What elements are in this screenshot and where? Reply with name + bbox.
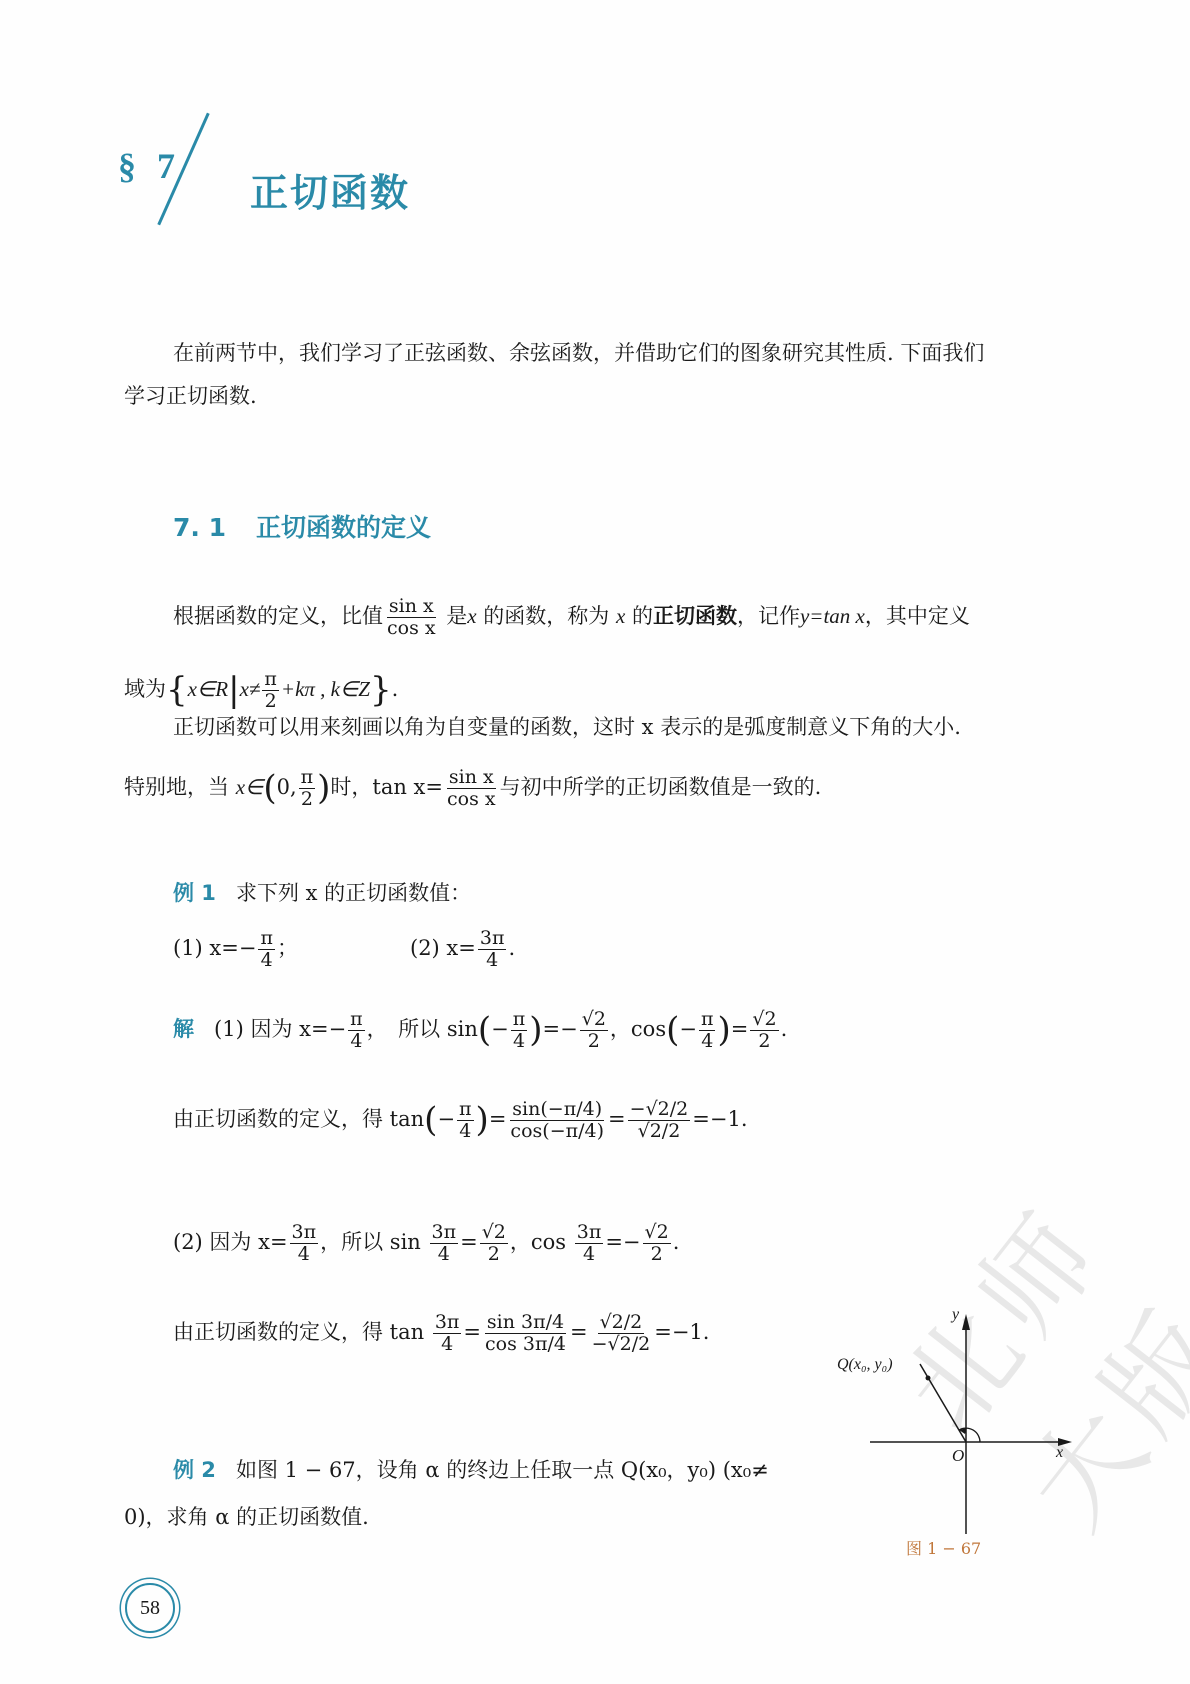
pi-over-4: π4 [699,1009,716,1052]
x-in: x∈ [236,775,264,799]
text: 时，tan x= [330,775,443,799]
numerator: √2/2 [598,1312,645,1334]
numerator: π [511,1009,528,1031]
paren-right: ) [476,1100,489,1140]
text: 4 [554,1333,566,1355]
point-q-label: Q(x₀, y₀) [837,1356,893,1374]
numerator: π [699,1009,716,1031]
definition-line-4: 特别地，当 x∈(0,π2)时，tan x=sin xcos x与初中所学的正切… [124,763,821,814]
denominator: 4 [259,950,275,971]
text: − [630,1098,646,1120]
solution-line-4: 由正切函数的定义，得 tan 3π4=sin 3π/4cos 3π/4=√2/2… [173,1312,709,1355]
paren-left: ( [424,1100,437,1140]
text: 2 [668,1120,680,1142]
domain-condition: x≠ [240,677,261,701]
numerator: sin 3π/4 [485,1312,566,1334]
numerator: √2 [480,1222,508,1244]
numerator: sin x [387,596,436,618]
example-1-item-2: (2) x=3π4. [410,928,515,971]
solution-label: 解 [173,1017,194,1041]
text: 的 [625,604,653,628]
text: ， 所以 sin [367,1017,478,1041]
denominator: cos x [445,789,498,810]
text: ，cos [610,1017,666,1041]
text: − [491,1017,509,1041]
text: . [508,936,515,960]
text: (1) 因为 x=− [214,1017,346,1041]
text: √2 [638,1120,662,1142]
example-2-line-1: 例 2 如图 1 − 67，设角 α 的终边上任取一点 Q(x₀，y₀) (x₀… [173,1455,769,1487]
numerator: π [258,928,275,950]
text: 的函数，称为 [477,604,616,628]
numerator: 3π [575,1222,604,1244]
text: π [564,1098,577,1120]
figure-coordinate-plane [820,1300,1080,1540]
text: sin [487,1311,515,1333]
sqrt2-over-2: √22 [643,1222,671,1265]
numerator: 3π [433,1312,462,1334]
text: cos [510,1120,542,1142]
pi-over-2: π2 [262,669,279,712]
text: 域为 [124,677,166,701]
text: √2 [600,1311,624,1333]
text: = [570,1320,588,1344]
sin-over-cos-3pi-4: sin 3π/4cos 3π/4 [483,1312,568,1355]
three-pi-over-4: 3π4 [430,1222,459,1265]
text: (2) x= [410,936,476,960]
denominator: 4 [457,1121,473,1142]
numerator: π [299,767,316,789]
numerator: √2 [750,1009,778,1031]
text: = [463,1320,481,1344]
numerator: 3π [290,1222,319,1244]
subsection-heading: 7. 1正切函数的定义 [173,508,431,544]
interval-start: 0, [277,775,297,799]
text: = [489,1107,507,1131]
set-bar: | [228,670,239,710]
numerator: π [348,1009,365,1031]
intro-line-1: 在前两节中，我们学习了正弦函数、余弦函数，并借助它们的图象研究其性质. 下面我们 [173,338,984,370]
numerator: −√2/2 [628,1099,691,1121]
text: 如图 1 − 67，设角 α 的终边上任取一点 Q(x₀，y₀) (x₀≠ [236,1458,769,1482]
page-number: 58 [125,1583,175,1633]
brace-right: } [370,670,392,710]
neg-sqrt2-2-over-sqrt2-2: −√2/2√2/2 [628,1099,691,1142]
denominator: 2 [649,1244,665,1265]
paren-left: ( [478,1010,491,1050]
denominator: √2/2 [636,1121,683,1142]
text: √2 [646,1098,670,1120]
definition-line-1: 根据函数的定义，比值sin xcos x 是x 的函数，称为 x 的正切函数，记… [173,596,970,639]
denominator: 4 [581,1244,597,1265]
paren-left: ( [666,1010,679,1050]
text: ，记作 [737,604,800,628]
text: 3π [523,1333,548,1355]
three-pi-over-4: 3π4 [478,928,507,971]
denominator: 2 [756,1031,772,1052]
text: = [608,1107,626,1131]
y-axis-arrow-icon [962,1314,970,1330]
three-pi-over-4: 3π4 [290,1222,319,1265]
text: π [566,1120,579,1142]
text: √2 [608,1333,632,1355]
pi-over-4: π4 [348,1009,365,1052]
text: 4 [585,1120,597,1142]
x-axis-label: x [1056,1444,1063,1462]
chapter-title: 正切函数 [250,162,410,217]
text: . [392,677,399,701]
text: 2 [676,1098,688,1120]
text: 根据函数的定义，比值 [173,604,383,628]
text: ，所以 sin [320,1230,427,1254]
text: = [460,1230,478,1254]
denominator: cos(−π/4) [508,1121,606,1142]
brace-left: { [166,670,188,710]
text: 特别地，当 [124,775,236,799]
paren-right: ) [529,1010,542,1050]
sin-over-cos-fraction: sin xcos x [385,596,438,639]
numerator: sin x [447,767,496,789]
text: 2 [630,1311,642,1333]
example-2-label: 例 2 [173,1458,216,1482]
text: − [550,1120,566,1142]
text: . [673,1230,680,1254]
var-x: x [467,604,476,628]
numerator: π [262,669,279,691]
denominator: −√2/2 [590,1334,653,1355]
numerator: sin(−π/4) [510,1099,604,1121]
denominator: 2 [486,1244,502,1265]
pi-over-4: π4 [511,1009,528,1052]
definition-line-2: 域为{x∈R|x≠π2+kπ , k∈Z}. [124,665,398,716]
solution-line-1: 解 (1) 因为 x=−π4， 所以 sin(−π4)=−√22，cos(−π4… [173,1005,787,1056]
text: 是 [440,604,468,628]
denominator: 2 [299,789,315,810]
text: = [731,1017,749,1041]
solution-line-2: 由正切函数的定义，得 tan(−π4)=sin(−π/4)cos(−π/4)=−… [173,1095,748,1146]
text: cos [485,1333,517,1355]
text: =− [605,1230,640,1254]
paren-right: ) [317,768,330,808]
numerator: 3π [478,928,507,950]
denominator: 2 [586,1031,602,1052]
example-1-label: 例 1 [173,881,216,905]
origin-label: O [952,1446,964,1466]
y-axis-label: y [952,1306,959,1324]
text: =−1. [692,1107,747,1131]
text: 由正切函数的定义，得 tan [173,1320,431,1344]
text: − [548,1098,564,1120]
section-number: § 7 [118,145,181,187]
denominator: 4 [439,1334,455,1355]
numerator: 3π [430,1222,459,1244]
sqrt2-2-over-neg-sqrt2-2: √2/2−√2/2 [590,1312,653,1355]
paren-right: ) [717,1010,730,1050]
text: . [781,1017,788,1041]
text: ，cos [510,1230,573,1254]
text: 求下列 x 的正切函数值： [236,881,471,905]
denominator: cos x [385,618,438,639]
point-q [926,1376,931,1381]
text: − [437,1107,455,1131]
denominator: 4 [699,1031,715,1052]
domain-set: x∈R [188,677,228,701]
text: (2) 因为 x= [173,1230,288,1254]
example-1-prompt: 例 1 求下列 x 的正切函数值： [173,878,471,910]
paren-left: ( [263,768,276,808]
pi-over-4: π4 [258,928,275,971]
example-1-item-1: (1) x=−π4； [173,928,298,971]
terminal-side [920,1364,966,1442]
var-x: x [616,604,625,628]
sqrt2-over-2: √22 [750,1009,778,1052]
sin-over-cos-neg-pi-4: sin(−π/4)cos(−π/4) [508,1099,606,1142]
solution-line-3: (2) 因为 x=3π4，所以 sin 3π4=√22，cos 3π4=−√22… [173,1222,679,1265]
text: 4 [552,1311,564,1333]
definition-line-3: 正切函数可以用来刻画以角为自变量的函数，这时 x 表示的是弧度制意义下角的大小. [173,712,961,744]
denominator: 4 [348,1031,364,1052]
text: ； [277,936,298,960]
three-pi-over-4: 3π4 [433,1312,462,1355]
denominator: 2 [263,691,279,712]
numerator: √2 [643,1222,671,1244]
subsection-number: 7. 1 [173,513,226,542]
pi-over-2: π2 [299,767,316,810]
text: 2 [638,1333,650,1355]
figure-caption: 图 1 − 67 [906,1536,981,1559]
term-tangent-function: 正切函数 [653,603,737,628]
denominator: 4 [511,1031,527,1052]
subsection-title: 正切函数的定义 [256,513,431,542]
domain-condition-tail: +kπ , k∈Z [281,677,370,701]
text: =−1. [654,1320,709,1344]
sin-over-cos-fraction: sin xcos x [445,767,498,810]
text: =− [543,1017,578,1041]
text: − [592,1333,608,1355]
denominator: 4 [484,950,500,971]
text: 与初中所学的正切函数值是一致的. [500,775,822,799]
pi-over-4: π4 [457,1099,474,1142]
text: (1) x=− [173,936,256,960]
three-pi-over-4: 3π4 [575,1222,604,1265]
text: − [679,1017,697,1041]
denominator: 4 [436,1244,452,1265]
text: 由正切函数的定义，得 tan [173,1107,424,1131]
text: ，其中定义 [865,604,970,628]
intro-line-2: 学习正切函数. [124,381,257,413]
y-equals-tan-x: y=tan x [800,604,865,628]
denominator: 4 [296,1244,312,1265]
text: 3π [521,1311,546,1333]
sqrt2-over-2: √22 [480,1222,508,1265]
text: 4 [583,1098,595,1120]
text: sin [512,1098,540,1120]
numerator: π [457,1099,474,1121]
denominator: cos 3π/4 [483,1334,568,1355]
numerator: √2 [580,1009,608,1031]
example-2-line-2: 0)，求角 α 的正切函数值. [124,1502,369,1534]
sqrt2-over-2: √22 [580,1009,608,1052]
